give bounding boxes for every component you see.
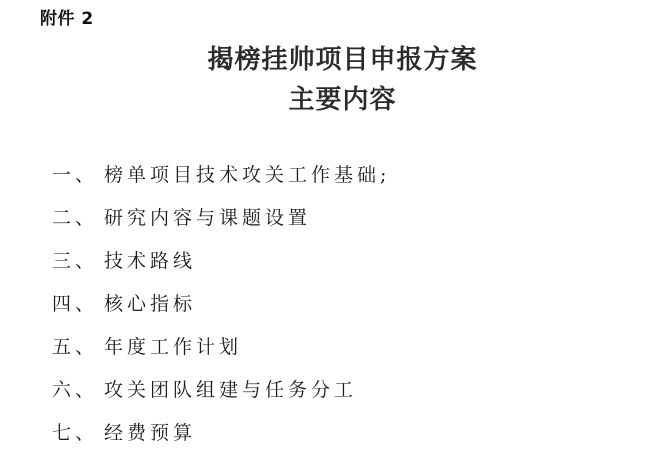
item-text: 年度工作计划 bbox=[104, 336, 242, 358]
list-item: 六、攻关团队组建与任务分工 bbox=[52, 372, 390, 415]
list-item: 五、年度工作计划 bbox=[52, 329, 390, 372]
item-separator: 、 bbox=[75, 415, 98, 450]
item-text: 榜单项目技术攻关工作基础; bbox=[104, 164, 390, 186]
item-text: 核心指标 bbox=[104, 293, 196, 315]
item-number: 五 bbox=[52, 329, 75, 365]
title-block: 揭榜挂帅项目申报方案 主要内容 bbox=[0, 40, 650, 120]
document-subtitle: 主要内容 bbox=[35, 80, 650, 120]
document-title: 揭榜挂帅项目申报方案 bbox=[35, 40, 650, 80]
item-number: 一 bbox=[52, 157, 75, 193]
item-text: 攻关团队组建与任务分工 bbox=[104, 379, 357, 401]
item-number: 二 bbox=[52, 200, 75, 236]
list-item: 一、榜单项目技术攻关工作基础; bbox=[52, 157, 390, 200]
attachment-label: 附件 2 bbox=[40, 4, 94, 29]
item-separator: 、 bbox=[75, 286, 98, 322]
item-number: 六 bbox=[52, 372, 75, 408]
item-text: 经费预算 bbox=[104, 422, 196, 444]
content-list: 一、榜单项目技术攻关工作基础; 二、研究内容与课题设置 三、技术路线 四、核心指… bbox=[52, 157, 390, 450]
item-separator: 、 bbox=[75, 372, 98, 408]
item-number: 三 bbox=[52, 243, 75, 279]
list-item: 四、核心指标 bbox=[52, 286, 390, 329]
list-item: 三、技术路线 bbox=[52, 243, 390, 286]
item-separator: 、 bbox=[75, 200, 98, 236]
item-text: 研究内容与课题设置 bbox=[104, 207, 311, 229]
item-number: 四 bbox=[52, 286, 75, 322]
item-text: 技术路线 bbox=[104, 250, 196, 272]
item-number: 七 bbox=[52, 415, 75, 450]
item-separator: 、 bbox=[75, 329, 98, 365]
item-separator: 、 bbox=[75, 157, 98, 193]
list-item: 七、经费预算 bbox=[52, 415, 390, 450]
list-item: 二、研究内容与课题设置 bbox=[52, 200, 390, 243]
item-separator: 、 bbox=[75, 243, 98, 279]
